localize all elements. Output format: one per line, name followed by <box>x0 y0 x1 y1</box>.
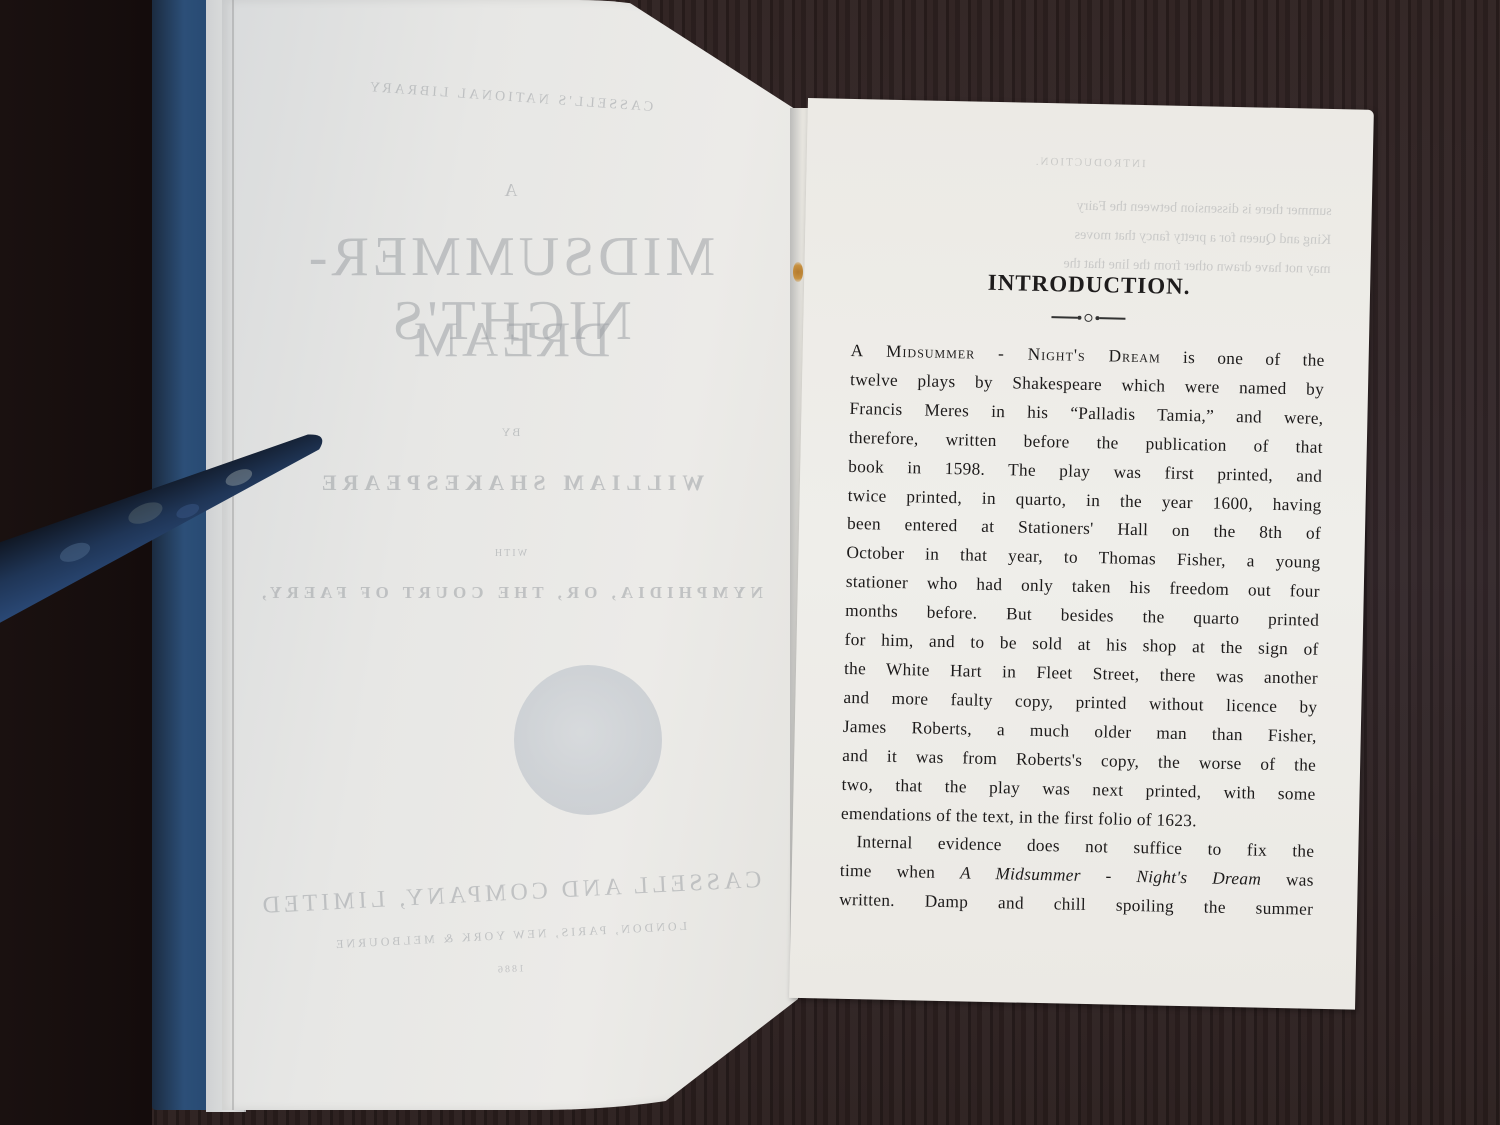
introduction-text: INTRODUCTION. A Midsummer - Night's Drea… <box>839 267 1326 925</box>
paper-stain <box>793 262 803 282</box>
bleed-title-line2: DREAM <box>222 310 798 368</box>
rule-ornament-icon <box>851 307 1325 329</box>
bleed-running-head: INTRODUCTION. <box>846 144 1333 183</box>
bleed-series-heading: CASSELL'S NATIONAL LIBRARY <box>222 70 798 126</box>
bleed-article: A <box>222 180 798 201</box>
italic-title: A Midsummer - Night's Dream <box>960 864 1261 889</box>
line-text: is one of the <box>1183 348 1325 370</box>
title-smallcaps: A Midsummer - Night's Dream <box>851 341 1161 366</box>
bleed-publisher-cities: LONDON, PARIS, NEW YORK & MELBOURNE <box>222 913 798 958</box>
bleed-year: 1886 <box>222 949 798 990</box>
bleed-publisher: CASSELL AND COMPANY, LIMITED <box>222 865 799 922</box>
right-page: INTRODUCTION. summer there is dissension… <box>789 98 1374 1010</box>
publisher-emblem-icon <box>514 665 662 815</box>
line-text: time when <box>840 861 936 882</box>
line-text: was <box>1286 870 1314 890</box>
bleed-with: WITH <box>222 548 798 559</box>
left-page: CASSELL'S NATIONAL LIBRARY A MIDSUMMER-N… <box>222 0 798 1110</box>
bleed-subtitle: NYMPHIDIA, OR, THE COURT OF FAERY, <box>222 583 798 603</box>
